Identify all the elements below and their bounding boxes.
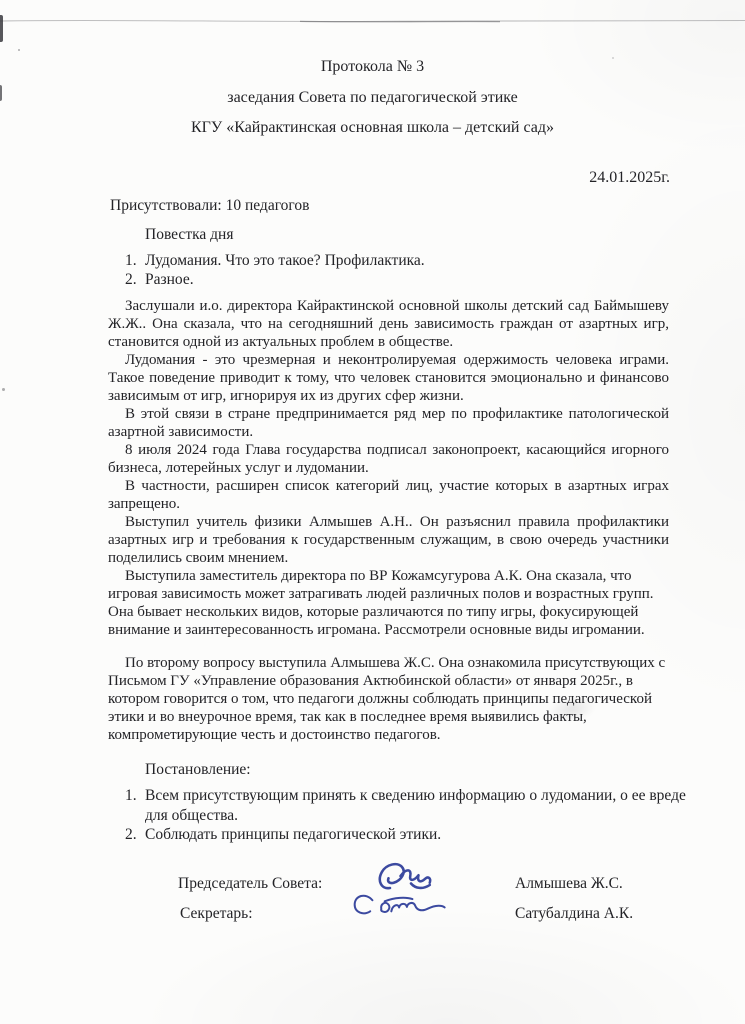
chairman-role-label: Председатель Совета: <box>178 875 322 893</box>
resolution-item-text: Соблюдать принципы педагогической этики. <box>145 825 441 845</box>
doc-title-line-1: Протокола № 3 <box>0 58 745 76</box>
agenda-item: 2. Разное. <box>125 270 425 289</box>
resolution-heading: Постановление: <box>145 761 251 779</box>
body-paragraph-8: По второму вопросу выступила Алмышева Ж.… <box>108 654 669 744</box>
document-date: 24.01.2025г. <box>589 169 670 187</box>
body-paragraph-7: Выступила заместитель директора по ВР Ко… <box>108 567 669 639</box>
resolution-item-number: 1. <box>125 786 145 825</box>
resolution-list: 1. Всем присутствующим принять к сведени… <box>125 786 692 845</box>
body-paragraph-5: В частности, расширен список категорий л… <box>108 477 669 513</box>
agenda-item-number: 2. <box>125 270 145 289</box>
body-paragraph-4: 8 июля 2024 года Глава государства подпи… <box>108 441 669 477</box>
agenda-item-number: 1. <box>125 251 145 270</box>
agenda-item: 1. Лудомания. Что это такое? Профилактик… <box>125 251 425 270</box>
agenda-list: 1. Лудомания. Что это такое? Профилактик… <box>125 251 425 289</box>
doc-title-line-2: заседания Совета по педагогической этике <box>0 89 745 107</box>
resolution-item-text: Всем присутствующим принять к сведению и… <box>145 786 692 825</box>
document-header: Протокола № 3 заседания Совета по педаго… <box>0 58 745 150</box>
agenda-heading: Повестка дня <box>145 226 233 244</box>
doc-title-line-3: КГУ «Кайрактинская основная школа – детс… <box>0 119 745 137</box>
document-body: Заслушали и.о. директора Кайрактинской о… <box>108 297 669 744</box>
scanned-protocol-page: Протокола № 3 заседания Совета по педаго… <box>0 0 745 1024</box>
resolution-item: 1. Всем присутствующим принять к сведени… <box>125 786 692 825</box>
resolution-item: 2. Соблюдать принципы педагогической эти… <box>125 825 692 845</box>
body-paragraph-3: В этой связи в стране предпринимается ря… <box>108 405 669 441</box>
body-paragraph-1: Заслушали и.о. директора Кайрактинской о… <box>108 297 669 351</box>
secretary-role-label: Секретарь: <box>180 905 253 923</box>
secretary-signature-icon <box>348 890 448 926</box>
attendees-line: Присутствовали: 10 педагогов <box>110 197 309 215</box>
scan-line-artifact <box>0 19 745 23</box>
chairman-signature-icon <box>372 858 444 900</box>
scan-edge-mark <box>0 15 3 42</box>
agenda-item-text: Разное. <box>145 270 194 289</box>
scan-speck <box>18 49 20 51</box>
chairman-name: Алмышева Ж.С. <box>515 875 623 893</box>
body-paragraph-2: Лудомания - это чрезмерная и неконтролир… <box>108 351 669 405</box>
scan-speck <box>2 388 5 391</box>
body-paragraph-6: Выступил учитель физики Алмышев А.Н.. Он… <box>108 513 669 567</box>
agenda-item-text: Лудомания. Что это такое? Профилактика. <box>145 251 425 270</box>
resolution-item-number: 2. <box>125 825 145 845</box>
secretary-name: Сатубалдина А.К. <box>515 905 633 923</box>
